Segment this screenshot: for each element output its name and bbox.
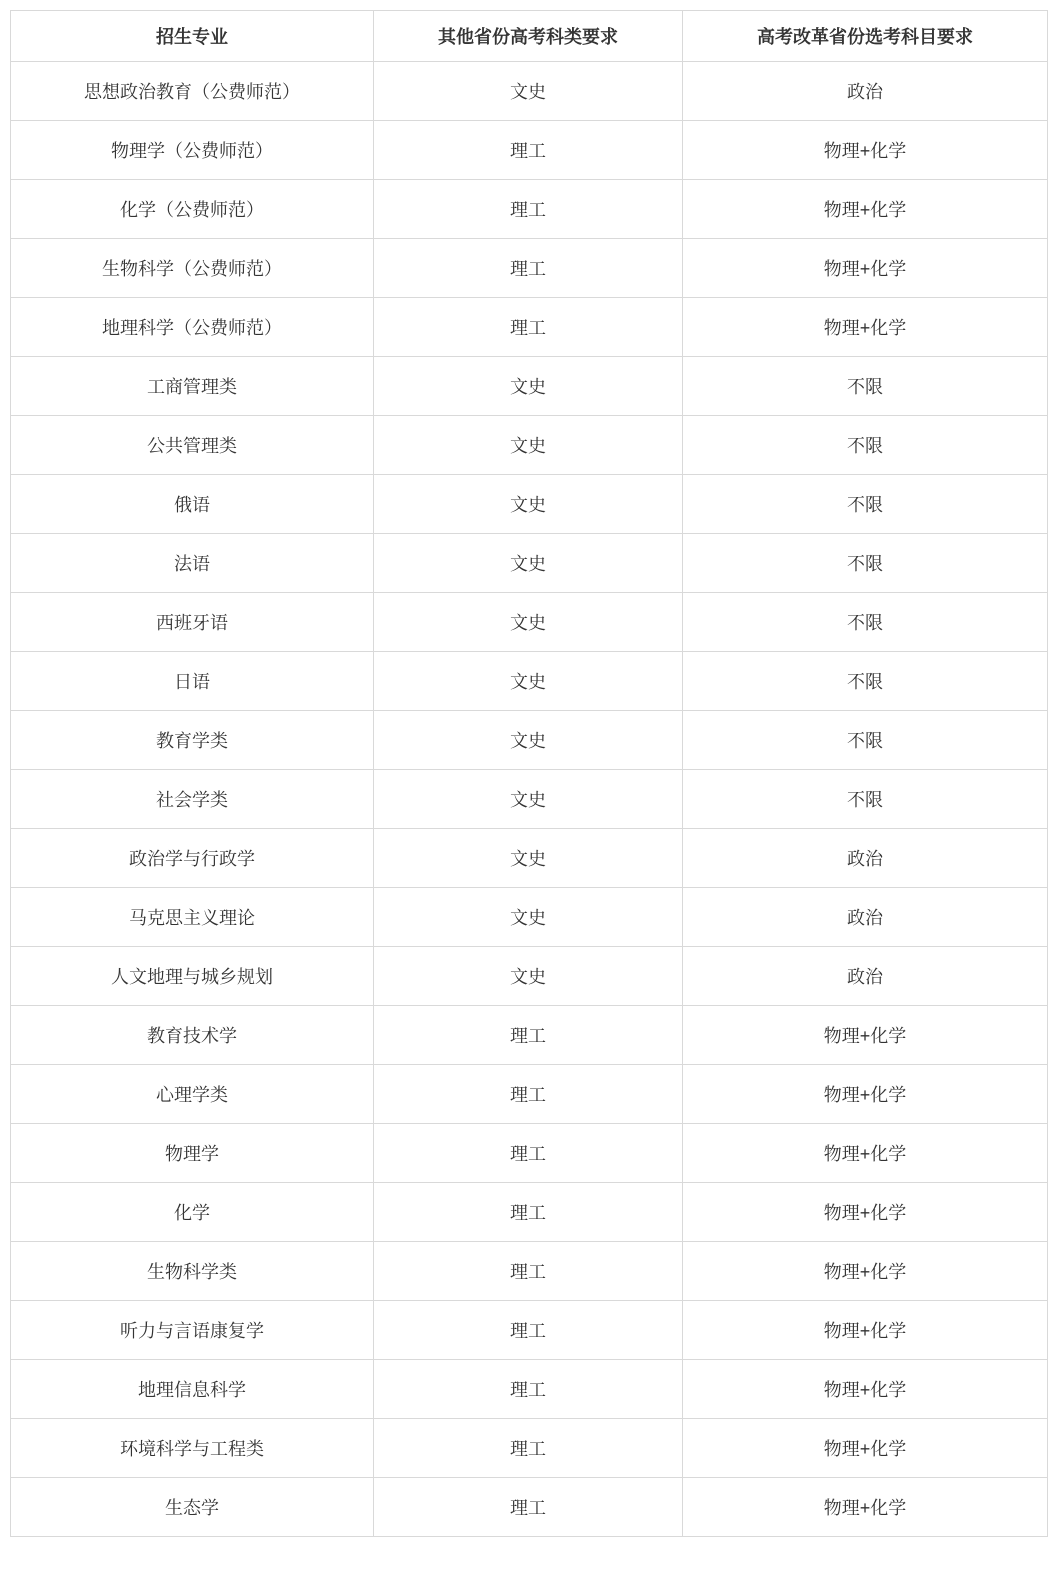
major-cell: 公共管理类: [11, 416, 374, 475]
subject-category-cell: 文史: [374, 711, 683, 770]
selected-subjects-cell: 物理+化学: [683, 121, 1048, 180]
table-row: 生物科学（公费师范）理工物理+化学: [11, 239, 1048, 298]
subject-category-cell: 文史: [374, 62, 683, 121]
subject-category-cell: 理工: [374, 1183, 683, 1242]
major-cell: 法语: [11, 534, 374, 593]
selected-subjects-cell: 不限: [683, 534, 1048, 593]
table-row: 政治学与行政学文史政治: [11, 829, 1048, 888]
subject-category-cell: 理工: [374, 1419, 683, 1478]
subject-category-cell: 理工: [374, 1360, 683, 1419]
major-cell: 物理学（公费师范）: [11, 121, 374, 180]
selected-subjects-cell: 政治: [683, 829, 1048, 888]
table-row: 工商管理类文史不限: [11, 357, 1048, 416]
subject-category-cell: 文史: [374, 829, 683, 888]
table-row: 化学理工物理+化学: [11, 1183, 1048, 1242]
selected-subjects-cell: 不限: [683, 475, 1048, 534]
major-cell: 人文地理与城乡规划: [11, 947, 374, 1006]
table-row: 听力与言语康复学理工物理+化学: [11, 1301, 1048, 1360]
major-cell: 社会学类: [11, 770, 374, 829]
table-row: 社会学类文史不限: [11, 770, 1048, 829]
subject-category-cell: 理工: [374, 1478, 683, 1537]
subject-category-cell: 理工: [374, 1006, 683, 1065]
selected-subjects-cell: 政治: [683, 947, 1048, 1006]
selected-subjects-cell: 政治: [683, 62, 1048, 121]
major-cell: 思想政治教育（公费师范）: [11, 62, 374, 121]
selected-subjects-cell: 不限: [683, 770, 1048, 829]
selected-subjects-cell: 物理+化学: [683, 1301, 1048, 1360]
selected-subjects-cell: 物理+化学: [683, 1478, 1048, 1537]
subject-category-cell: 文史: [374, 416, 683, 475]
subject-category-cell: 文史: [374, 534, 683, 593]
selected-subjects-cell: 不限: [683, 711, 1048, 770]
selected-subjects-cell: 物理+化学: [683, 1419, 1048, 1478]
table-row: 环境科学与工程类理工物理+化学: [11, 1419, 1048, 1478]
major-cell: 环境科学与工程类: [11, 1419, 374, 1478]
subject-category-cell: 文史: [374, 652, 683, 711]
selected-subjects-cell: 物理+化学: [683, 239, 1048, 298]
selected-subjects-cell: 物理+化学: [683, 180, 1048, 239]
major-cell: 生物科学类: [11, 1242, 374, 1301]
table-row: 俄语文史不限: [11, 475, 1048, 534]
major-cell: 日语: [11, 652, 374, 711]
table-row: 西班牙语文史不限: [11, 593, 1048, 652]
major-cell: 教育学类: [11, 711, 374, 770]
column-header-other-province-subject-category: 其他省份高考科类要求: [374, 11, 683, 62]
selected-subjects-cell: 不限: [683, 593, 1048, 652]
selected-subjects-cell: 物理+化学: [683, 1183, 1048, 1242]
major-cell: 政治学与行政学: [11, 829, 374, 888]
table-row: 思想政治教育（公费师范）文史政治: [11, 62, 1048, 121]
subject-category-cell: 文史: [374, 947, 683, 1006]
selected-subjects-cell: 不限: [683, 416, 1048, 475]
subject-category-cell: 理工: [374, 121, 683, 180]
subject-category-cell: 文史: [374, 593, 683, 652]
subject-category-cell: 理工: [374, 298, 683, 357]
column-header-major: 招生专业: [11, 11, 374, 62]
selected-subjects-cell: 政治: [683, 888, 1048, 947]
major-cell: 化学: [11, 1183, 374, 1242]
major-cell: 物理学: [11, 1124, 374, 1183]
admission-requirements-table: 招生专业 其他省份高考科类要求 高考改革省份选考科目要求 思想政治教育（公费师范…: [10, 10, 1048, 1537]
column-header-reform-province-selected-subjects: 高考改革省份选考科目要求: [683, 11, 1048, 62]
major-cell: 地理信息科学: [11, 1360, 374, 1419]
subject-category-cell: 文史: [374, 770, 683, 829]
subject-category-cell: 理工: [374, 239, 683, 298]
major-cell: 地理科学（公费师范）: [11, 298, 374, 357]
table-row: 教育学类文史不限: [11, 711, 1048, 770]
table-body: 思想政治教育（公费师范）文史政治物理学（公费师范）理工物理+化学化学（公费师范）…: [11, 62, 1048, 1537]
table-row: 人文地理与城乡规划文史政治: [11, 947, 1048, 1006]
selected-subjects-cell: 不限: [683, 357, 1048, 416]
subject-category-cell: 理工: [374, 1301, 683, 1360]
table-row: 物理学（公费师范）理工物理+化学: [11, 121, 1048, 180]
subject-category-cell: 理工: [374, 1124, 683, 1183]
major-cell: 心理学类: [11, 1065, 374, 1124]
major-cell: 化学（公费师范）: [11, 180, 374, 239]
selected-subjects-cell: 物理+化学: [683, 1242, 1048, 1301]
selected-subjects-cell: 物理+化学: [683, 1006, 1048, 1065]
selected-subjects-cell: 物理+化学: [683, 1124, 1048, 1183]
page: 招生专业 其他省份高考科类要求 高考改革省份选考科目要求 思想政治教育（公费师范…: [0, 0, 1062, 1554]
major-cell: 听力与言语康复学: [11, 1301, 374, 1360]
selected-subjects-cell: 不限: [683, 652, 1048, 711]
subject-category-cell: 理工: [374, 180, 683, 239]
table-row: 心理学类理工物理+化学: [11, 1065, 1048, 1124]
major-cell: 俄语: [11, 475, 374, 534]
major-cell: 生物科学（公费师范）: [11, 239, 374, 298]
major-cell: 西班牙语: [11, 593, 374, 652]
table-row: 法语文史不限: [11, 534, 1048, 593]
table-row: 马克思主义理论文史政治: [11, 888, 1048, 947]
subject-category-cell: 理工: [374, 1242, 683, 1301]
table-row: 地理科学（公费师范）理工物理+化学: [11, 298, 1048, 357]
table-row: 生态学理工物理+化学: [11, 1478, 1048, 1537]
table-row: 物理学理工物理+化学: [11, 1124, 1048, 1183]
subject-category-cell: 理工: [374, 1065, 683, 1124]
major-cell: 生态学: [11, 1478, 374, 1537]
selected-subjects-cell: 物理+化学: [683, 298, 1048, 357]
table-row: 日语文史不限: [11, 652, 1048, 711]
table-row: 化学（公费师范）理工物理+化学: [11, 180, 1048, 239]
table-row: 公共管理类文史不限: [11, 416, 1048, 475]
table-header-row: 招生专业 其他省份高考科类要求 高考改革省份选考科目要求: [11, 11, 1048, 62]
major-cell: 教育技术学: [11, 1006, 374, 1065]
selected-subjects-cell: 物理+化学: [683, 1360, 1048, 1419]
major-cell: 工商管理类: [11, 357, 374, 416]
subject-category-cell: 文史: [374, 475, 683, 534]
major-cell: 马克思主义理论: [11, 888, 374, 947]
subject-category-cell: 文史: [374, 888, 683, 947]
table-row: 生物科学类理工物理+化学: [11, 1242, 1048, 1301]
table-row: 地理信息科学理工物理+化学: [11, 1360, 1048, 1419]
subject-category-cell: 文史: [374, 357, 683, 416]
table-row: 教育技术学理工物理+化学: [11, 1006, 1048, 1065]
selected-subjects-cell: 物理+化学: [683, 1065, 1048, 1124]
